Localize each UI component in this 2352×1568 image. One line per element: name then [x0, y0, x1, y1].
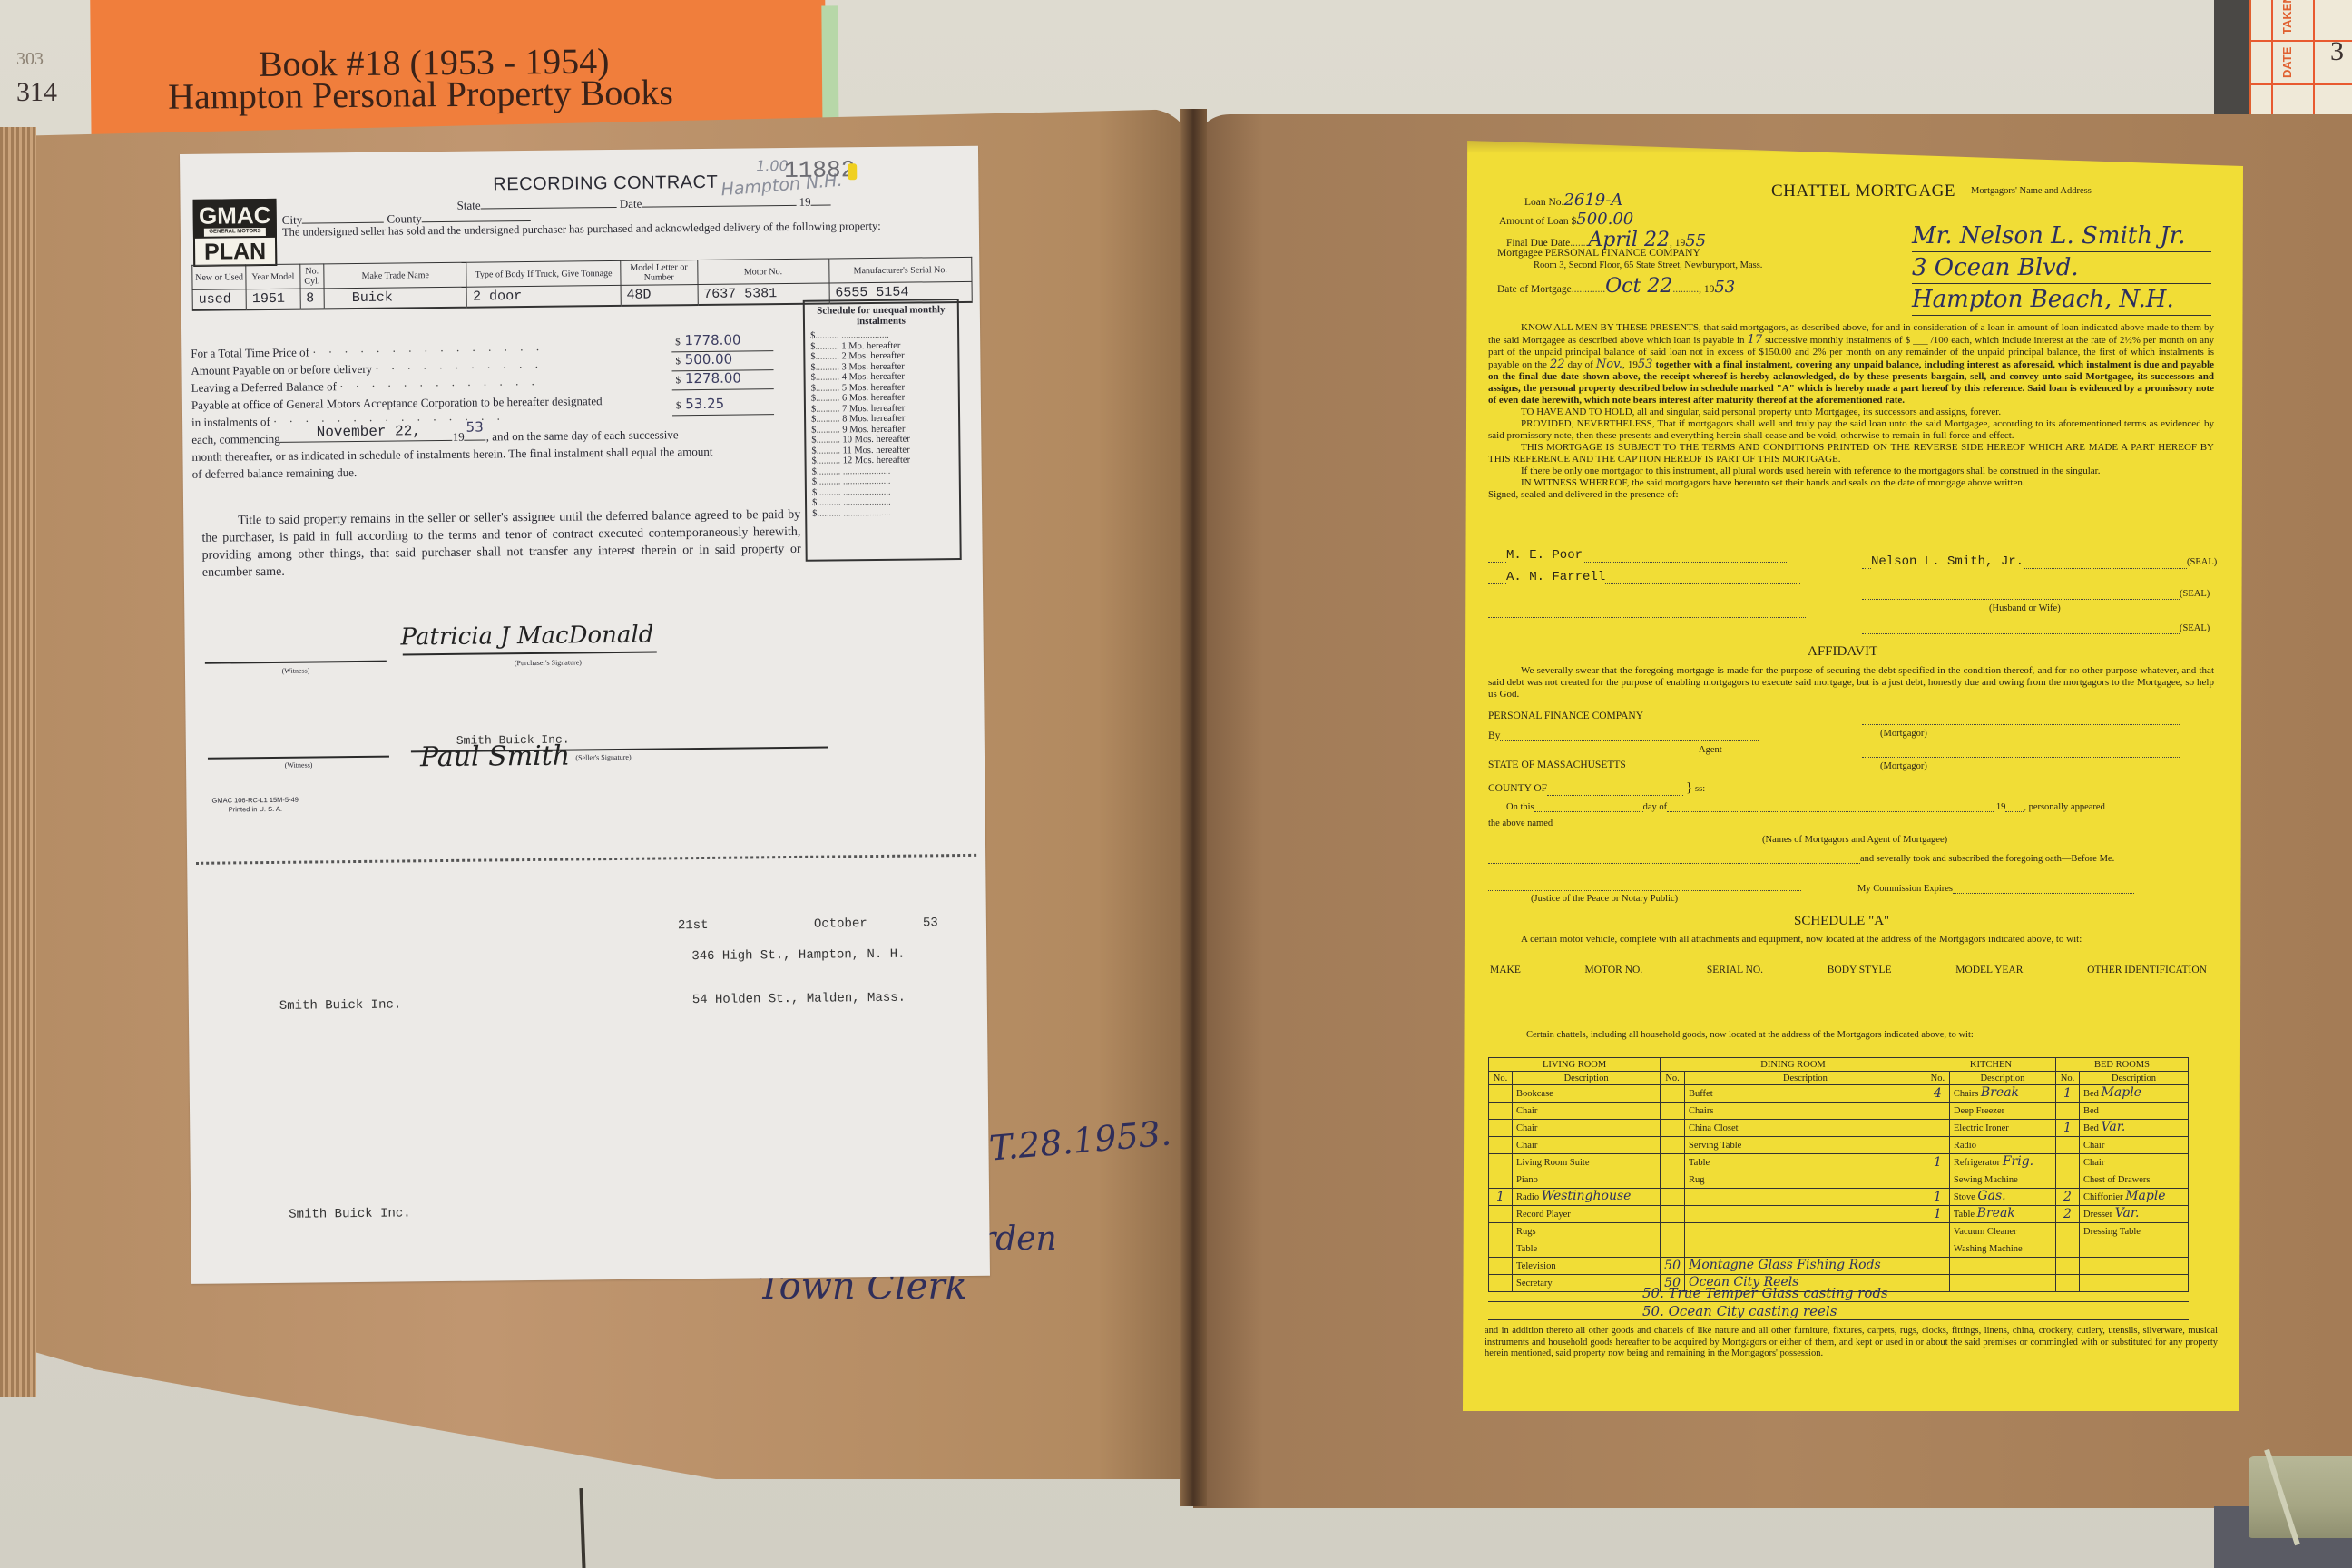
additional-goods-clause: and in addition thereto all other goods … [1485, 1326, 2218, 1360]
commencing-date: November 22, [317, 423, 421, 441]
purchaser-signature-line [403, 652, 657, 656]
spouse-signature-line: (SEAL) [1862, 585, 2210, 600]
dark-object [2214, 0, 2250, 127]
seller-signature: Paul Smith [420, 740, 571, 774]
mortgage-date-field: Date of Mortgage.............Oct 22.....… [1497, 275, 1735, 298]
notary-line [1488, 880, 1801, 891]
purchaser-signature: Patricia J MacDonald [400, 622, 653, 652]
affidavit-on-this: On thisday of 19, personally appeared [1506, 801, 2105, 812]
total-time-price: 1778.00 [684, 332, 740, 349]
stub-assignee: Smith Buick Inc. [289, 1206, 411, 1221]
right-page-number: 3 [2330, 36, 2344, 67]
chattel-mortgage-form: CHATTEL MORTGAGE Mortgagors' Name and Ad… [1463, 141, 2243, 1411]
mortgagor-address-header: Mortgagors' Name and Address [1971, 186, 2092, 196]
gmac-plan-logo: GMAC GENERAL MOTORS PLAN [193, 199, 278, 267]
affidavit-company: PERSONAL FINANCE COMPANY [1488, 710, 1643, 721]
vehicle-text: A certain motor vehicle, complete with a… [1488, 934, 2214, 946]
affidavit-mortgagor-1 [1862, 714, 2180, 725]
loan-number-field: Loan No.2619-A [1524, 191, 1622, 210]
deferred-balance: 1278.00 [685, 370, 741, 387]
mortgagor-signature-line: Nelson L. Smith, Jr.(SEAL) [1862, 554, 2217, 569]
affidavit-by: By [1488, 730, 1759, 741]
mortgage-body-text: KNOW ALL MEN BY THESE PRESENTS, that sai… [1488, 322, 2214, 501]
table-row: Living Room Suite Table1Refrigerator Fri… [1489, 1154, 2189, 1171]
book-gutter [1180, 109, 1207, 1506]
chattels-text: Certain chattels, including all househol… [1526, 1030, 1974, 1040]
handwritten-word-note: rden [980, 1220, 1057, 1258]
table-row: Table Washing Machine [1489, 1240, 2189, 1258]
highlight-mark [848, 163, 857, 180]
perforation-line [196, 854, 976, 865]
stub-seller-address: 54 Holden St., Malden, Mass. [692, 991, 906, 1007]
affidavit-mortgagor-2 [1862, 747, 2180, 758]
witness-2: A. M. Farrell [1488, 569, 1800, 584]
card-date-label: DATE [2280, 47, 2294, 78]
affidavit-title: AFFIDAVIT [1808, 644, 1877, 660]
additional-items: 50. True Temper Glass casting rods 50. O… [1488, 1284, 2189, 1320]
affidavit-text: We severally swear that the foregoing mo… [1488, 665, 2214, 701]
loan-amount-field: Amount of Loan $500.00 [1499, 210, 1633, 229]
vehicle-headers: MAKE MOTOR NO. SERIAL NO. BODY STYLE MOD… [1490, 965, 2207, 975]
table-row: Rugs Vacuum Cleaner Dressing Table [1489, 1223, 2189, 1240]
instalment-amount: 53.25 [685, 396, 724, 412]
commission-expires: My Commission Expires [1857, 883, 2134, 894]
witness-1: M. E. Poor [1488, 547, 1787, 563]
contract-number: 11882 [784, 156, 855, 184]
mortgage-title: CHATTEL MORTGAGE [1771, 181, 1955, 201]
stub-purchaser-address: 346 High St., Hampton, N. H. [691, 947, 905, 964]
table-row: 1Radio Westinghouse1Stove Gas.2Chiffonie… [1489, 1189, 2189, 1206]
mortgagee-address: Room 3, Second Floor, 65 State Street, N… [1534, 260, 1762, 270]
table-row: Record Player 1Table Break2Dresser Var. [1489, 1206, 2189, 1223]
card-taken-label: TAKEN [2280, 0, 2294, 34]
table-row: Chair Serving TableRadio Chair [1489, 1137, 2189, 1154]
affidavit-above-named: the above named [1488, 818, 2170, 828]
affidavit-oath: and severally took and subscribed the fo… [1488, 853, 2114, 864]
witness-line-1 [205, 661, 387, 664]
down-payment: 500.00 [685, 351, 733, 368]
stub-year: 53 [923, 916, 938, 930]
previous-page-number: 303 [16, 49, 44, 70]
title-retention-clause: Title to said property remains in the se… [201, 506, 801, 582]
stub-month: October [814, 916, 867, 932]
table-row: Bookcase Buffet4Chairs Break1Bed Maple [1489, 1085, 2189, 1102]
contract-title: RECORDING CONTRACT [493, 172, 718, 196]
affidavit-county: COUNTY OF } ss: [1488, 780, 1705, 796]
binder-clip [2249, 1456, 2352, 1538]
witness-3-line [1488, 603, 1806, 618]
table-row: Piano RugSewing Machine Chest of Drawers [1489, 1171, 2189, 1189]
left-page-number: 314 [16, 77, 57, 108]
table-row: Chair China ClosetElectric Ironer 1Bed V… [1489, 1120, 2189, 1137]
mortgagor-name-address: Mr. Nelson L. Smith Jr. 3 Ocean Blvd. Ha… [1912, 220, 2211, 316]
table-row: Television 50Montagne Glass Fishing Rods [1489, 1258, 2189, 1275]
page-stack-edges [0, 127, 36, 1397]
unequal-instalment-schedule: Schedule for unequal monthly instalments… [803, 299, 962, 562]
table-row: Chair ChairsDeep Freezer Bed [1489, 1102, 2189, 1120]
stub-day: 21st [678, 918, 709, 933]
gmac-recording-contract: GMAC GENERAL MOTORS PLAN RECORDING CONTR… [180, 146, 990, 1284]
household-goods-table: LIVING ROOM DINING ROOM KITCHEN BED ROOM… [1488, 1057, 2189, 1292]
schedule-a-title: SCHEDULE "A" [1794, 914, 1889, 929]
mortgagee-field: Mortgagee PERSONAL FINANCE COMPANY [1497, 248, 1700, 259]
stub-seller-name: Smith Buick Inc. [279, 997, 402, 1013]
third-signature-line: (SEAL) [1862, 620, 2210, 634]
pricing-section: For a Total Time Price of · · · · · · · … [191, 338, 773, 483]
schedule-row: $.......... .................... [812, 507, 954, 519]
form-code: GMAC 106-RC-L1 15M-5-49 Printed in U. S.… [211, 796, 299, 815]
husband-wife-caption: (Husband or Wife) [1989, 603, 2061, 613]
affidavit-state: STATE OF MASSACHUSETTS [1488, 759, 1626, 770]
witness-line-2 [208, 756, 389, 759]
